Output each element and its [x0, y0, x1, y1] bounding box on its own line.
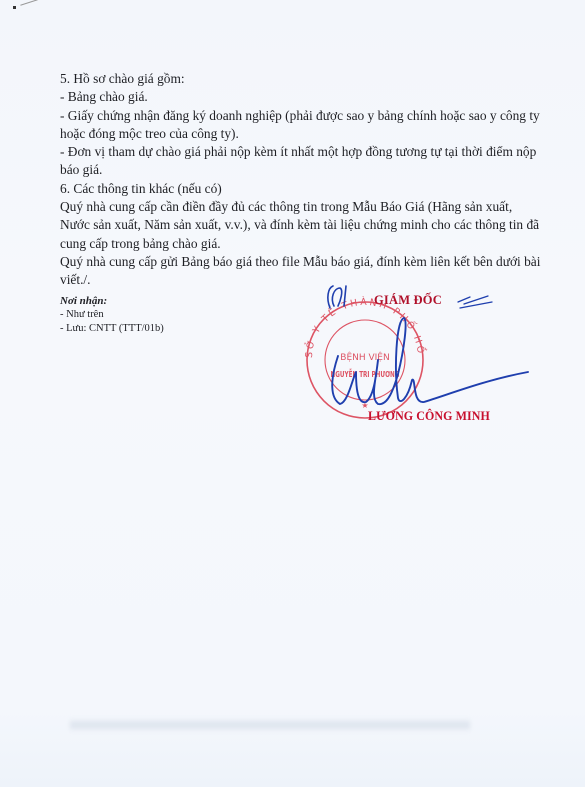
body-line: - Bảng chào giá. [60, 88, 530, 106]
svg-text:NGUYỄN TRI PHƯƠNG: NGUYỄN TRI PHƯƠNG [331, 368, 400, 379]
svg-text:SỞ Y TẾ THÀNH PHỐ HỒ CHÍ MINH: SỞ Y TẾ THÀNH PHỐ HỒ CHÍ MINH [300, 280, 428, 358]
body-line: cung cấp trong bảng chào giá. [60, 235, 530, 253]
signatory-name: LƯƠNG CÔNG MINH [368, 408, 490, 424]
scan-mark [20, 0, 37, 6]
scan-shadow [70, 718, 470, 732]
recipient-item: - Như trên [60, 308, 164, 322]
body-line: - Giấy chứng nhận đăng ký doanh nghiệp (… [60, 107, 530, 125]
body-line: - Đơn vị tham dự chào giá phải nộp kèm í… [60, 143, 530, 161]
recipient-item: - Lưu: CNTT (TTT/01b) [60, 322, 164, 336]
recipients-block: Nơi nhận: - Như trên - Lưu: CNTT (TTT/01… [60, 294, 164, 336]
section-5-heading: 5. Hồ sơ chào giá gồm: [60, 70, 530, 88]
signature-block: SỞ Y TẾ THÀNH PHỐ HỒ CHÍ MINH BỆNH VIỆN … [300, 280, 530, 440]
flourish-mark [458, 296, 492, 308]
scan-speck [13, 6, 16, 9]
section-6-heading: 6. Các thông tin khác (nếu có) [60, 180, 530, 198]
body-line: báo giá. [60, 161, 530, 179]
body-line: Nước sản xuất, Năm sản xuất, v.v.), và đ… [60, 216, 530, 234]
recipients-title: Nơi nhận: [60, 294, 164, 308]
document-body: 5. Hồ sơ chào giá gồm: - Bảng chào giá. … [60, 70, 530, 290]
body-line: Quý nhà cung cấp gửi Bảng báo giá theo f… [60, 253, 530, 271]
svg-text:BỆNH VIỆN: BỆNH VIỆN [340, 351, 389, 363]
body-line: hoặc đóng mộc treo của công ty). [60, 125, 530, 143]
signatory-title: GIÁM ĐỐC [374, 293, 442, 308]
body-line: Quý nhà cung cấp cần điền đầy đủ các thô… [60, 198, 530, 216]
